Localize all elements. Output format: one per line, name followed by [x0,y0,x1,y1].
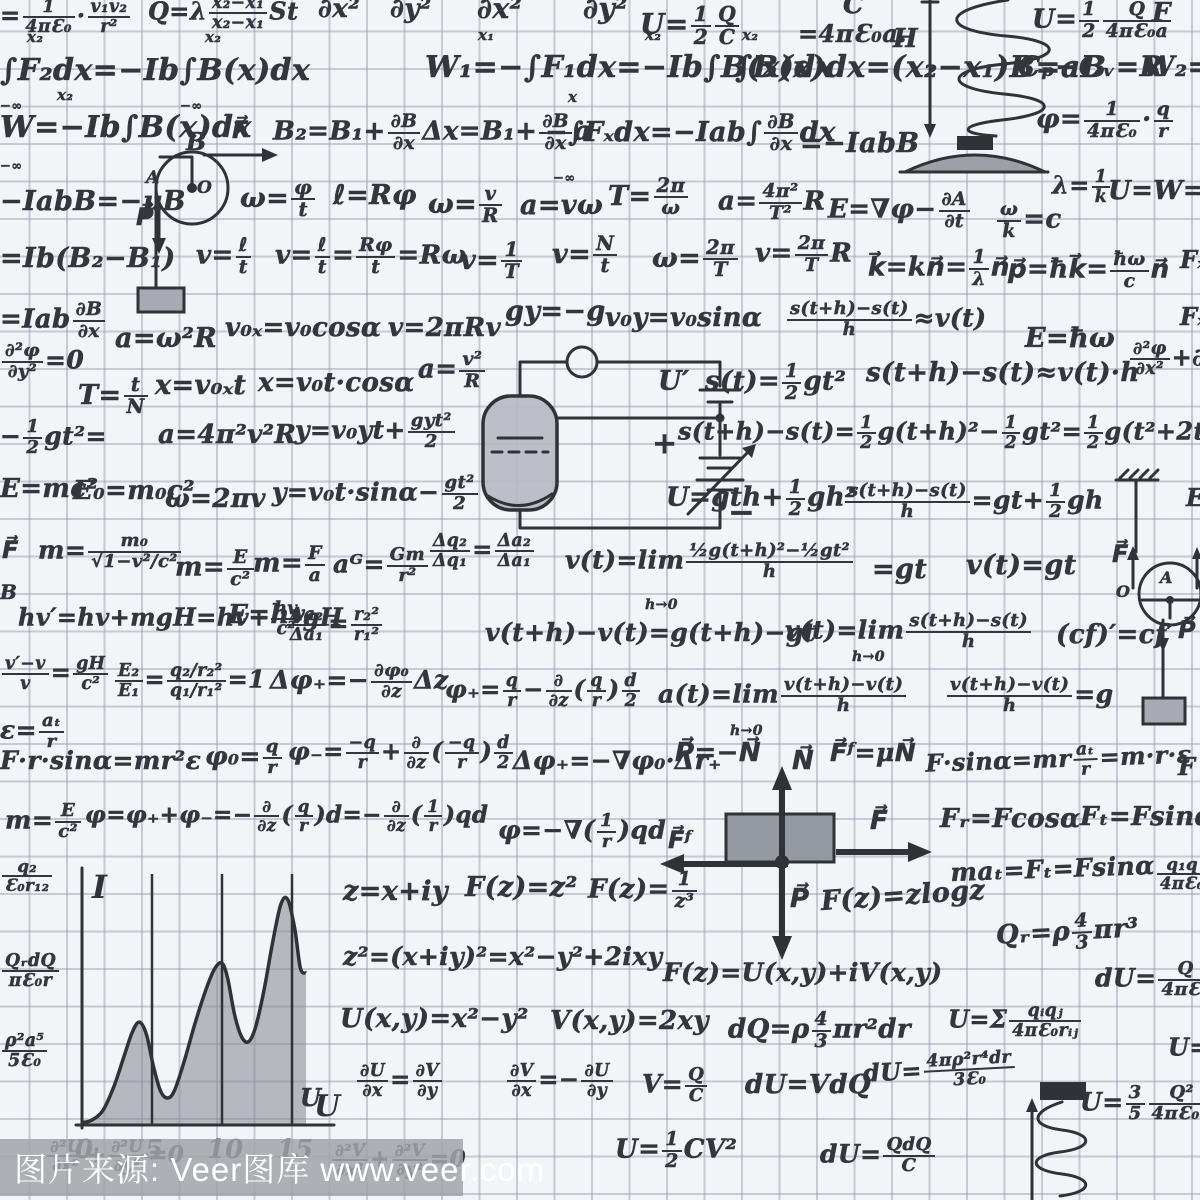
formula: B [0,582,17,603]
formula: F⃗ [870,808,888,835]
formula: v(t+h)−v(t)=g(t+h)−gt [485,620,816,646]
formula: F·r·sinα=mr²ε [0,748,201,774]
formula: Δφ₊=−∂φ₀∂zΔz [270,662,449,702]
formula: V=QC [642,1066,709,1106]
formula: ω=2πv [165,486,266,513]
formula: F⃗ᶠ [668,828,692,853]
formula: v=2πTR [755,234,852,275]
formula: dU=4πρ²r⁴dr3Ɛ₀ [862,1048,1018,1094]
formula: ∂y² [583,0,628,23]
formula: F [1178,755,1195,780]
formula: ω=vR [428,184,504,227]
formula: x₂ [645,28,661,44]
formula: ω=2πT [652,238,740,281]
formula: E=ħω [1025,325,1115,353]
formula: q₂Ɛ₀r₁₂ [0,858,54,895]
formula: U=Σqᵢqⱼ4πƐ₀rᵢⱼ [948,1002,1083,1040]
formula: (cf)′=cf′ [1056,622,1174,649]
formula: O [1116,584,1130,601]
formula: k⃗=kn⃗=1λn⃗ [868,248,1010,289]
formula: h→0 [645,598,678,613]
formula: ∂x² [318,0,360,23]
formula: gy=−g [505,298,606,326]
formula: h→0 [852,650,885,665]
formula: s(t+h)−s(t)h=gt+12gh [843,482,1104,522]
formula: φ₀=qr [205,738,284,778]
formula: A [146,170,160,188]
formula: dQ=ρ43πr²dr [728,1010,911,1051]
formula: F⃗ᶠ=μN⃗ [830,740,916,766]
formula: z=x+iy [343,878,448,906]
watermark-text: 图片来源: Veer图库 www.veer.com [0,1144,545,1191]
formula: Fₜ=Fsinα [1080,804,1200,831]
formula: x₂ [742,28,758,44]
formula: B [186,130,207,155]
formula: W₂=− [1143,52,1200,81]
formula: a=vω [520,192,603,220]
formula: m=Ec² [5,802,83,842]
formula: =gt [872,556,927,584]
formula-layer: =14πƐ₀·v₁v₂r²Q=λx₂−x₁x₂−x₁St∂x²∂y²∂x²∂y²… [0,0,1200,1200]
formula: maₜ=Fₜ=Fsinα [950,853,1155,886]
formula: −∫Fₓdx=−Iab∫∂B∂xdx [545,112,836,155]
formula: q₁q4πƐ₀ [1155,856,1200,893]
formula: dU=QdQC [820,1136,937,1176]
formula: v=1T [460,240,524,283]
formula: T=2πω [608,176,690,219]
formula: ∂V∂x=−∂U∂y [505,1062,615,1100]
formula: F(z)=U(x,y)+iV(x,y) [663,960,942,986]
formula: s(t+h)−s(t)=12g(t+h)²−12gt²=12g(t²+2th+h… [678,414,1200,452]
formula: E₂E₁=q₂/r₂²q₁/r₁²=1 [113,662,265,700]
formula: Δq₂Δq₁=Δa₂Δa₁ [428,532,536,570]
formula: a=4π²v²R [158,422,296,449]
formula: v=ℓt [196,236,253,277]
formula: m=m₀√1−v²/c² [38,532,183,572]
formula: P⃗ [790,886,809,913]
formula: s(t+h)−s(t)≈v(t)·h [866,360,1140,387]
formula: Fₓ [1180,305,1200,330]
formula: v=2πRv [388,315,501,342]
formula: B₂=B₁+∂B∂xΔx=B₁+∂B∂xa [273,112,591,153]
formula: z²=(x+iy)²=x²−y²+2ixy [343,944,662,970]
formula: v(t+h)−v(t)h=g [945,676,1114,716]
formula: =Iab∂B∂x [0,300,107,341]
formula: φ₊=qr−∂∂z(qr)d2 [445,672,642,710]
formula: dU=VdQ [745,1072,871,1099]
formula: ∂²φ∂y²=0 [0,342,84,382]
formula: H [893,26,918,53]
formula: p⃗=ħk⃗=ħωcn⃗ [1008,250,1170,291]
formula: V(x,y)=2xy [550,1008,709,1035]
formula: Δa₂Δa₁=r₂²r₁² [285,606,384,644]
formula: U=W=− [1108,178,1200,205]
formula: P⃗ [136,205,154,230]
watermark: 图片来源: Veer图库 www.veer.com [0,1139,463,1196]
formula: v(t)=gt [966,552,1076,580]
formula: A [1160,570,1173,587]
formula: Qᵣ=ρ43πr³ [995,909,1140,958]
formula: m=Fa [253,544,327,585]
formula: x₂ [205,30,221,46]
formula: h→0 [730,724,763,739]
formula: a=4π²T²R [718,182,826,223]
formula: v=Nt [552,234,619,277]
formula: O [197,180,212,198]
formula: x=v₀ₓt [155,372,246,400]
formula: y=v₀t·sinα−gt²2 [272,474,480,514]
formula: a=ω²R [115,325,217,353]
formula: ℓ=Rφ [333,182,417,210]
formula-sheet: 051015IU =14πƐ₀·v₁v₂r²Q=λx₂−x₁x₂−x₁St∂x²… [0,0,1200,1200]
formula: U=gth+12gh² [666,478,857,519]
formula: s(t)=12gt² [705,362,846,403]
formula: F⃗ [1112,542,1129,567]
formula: P⃗=−N⃗ [675,740,761,767]
formula: ω=φt [240,178,317,221]
formula: =14πƐ₀·v₁v₂r² [0,0,132,36]
formula: F⃗ [232,118,249,143]
formula: v₀y=v₀sinα [605,305,762,332]
formula: C [843,0,864,19]
formula: Q=λx₂−x₁x₂−x₁St [148,0,298,32]
formula: W=−Ib∫B(x)dx [0,112,252,143]
formula: aᴳ=Gmr² [333,546,430,586]
formula: Fₓ [1180,248,1200,273]
formula: ∂U∂x=∂V∂y [355,1062,444,1100]
formula: E [1186,486,1200,511]
formula: −∞ [0,160,23,174]
formula: U [300,1086,321,1111]
formula: P⃗ [1178,618,1196,643]
formula: m=Ec² [175,548,256,589]
formula: F⃗ [2,538,19,563]
formula: F·sinα=mraₜr=m·r·ε [925,737,1192,785]
formula: x=v₀t·cosα [258,370,415,397]
formula: φ=−∇(1r)qd [498,812,666,852]
formula: U=35Q²4πƐ₀a [1080,1084,1200,1124]
formula: U(x,y)=x²−y² [340,1006,529,1033]
formula: ∂y² [390,0,432,23]
formula: =4πƐ₀a. [798,22,907,47]
formula: a(t)=limv(t+h)−v(t)h [658,676,908,716]
formula: F(z)=1z³ [588,870,699,911]
formula: −12gt²= [0,418,107,458]
formula: T=tN [78,375,150,418]
formula: x₂ [57,88,73,104]
formula: x [568,90,577,106]
formula: y=v₀yt+gyt²2 [295,412,457,452]
formula: U=12CV² [615,1130,737,1171]
formula: v=ℓt=Rφt=Rω [275,236,467,277]
formula: φ=14πƐ₀·qr [1036,100,1175,141]
formula: U=4π15 [1168,1030,1200,1068]
formula: v(t)=lim½g(t+h)²−½gt²h [565,542,855,582]
formula: ∫F₂dx=−Ib∫B(x)dx [0,55,310,86]
formula: U′ [658,368,689,396]
formula: Cₚ−Cᵥ=R [1018,52,1163,81]
formula: x₁ [478,28,494,44]
formula: =−IabB [800,130,919,158]
formula: v₀ₓ=v₀cosα [225,315,381,342]
formula: v(t)=lims(t+h)−s(t)h [785,612,1033,652]
formula: ρ²a⁵5Ɛ₀ [0,1032,49,1070]
formula: QᵣdQπƐ₀r [0,952,61,990]
formula: dU=Q4πƐ₀ [1095,960,1200,1000]
formula: a=v²R [418,350,487,391]
formula: s(t+h)−s(t)h≈v(t) [785,300,986,340]
formula: F(z)=z² [465,874,578,902]
formula: φ=φ₊+φ₋=−∂∂z(qr)d=−∂∂z(1r)qd [85,798,488,835]
formula: x₂ [27,30,43,46]
formula: + [652,428,678,459]
formula: v′−vv=gHc² [0,655,110,693]
formula: Fᵣ=Fcosα [940,806,1080,833]
formula: E=∇φ−∂A∂t [828,190,972,231]
formula: λ=1k [1052,168,1112,206]
formula: N⃗ [792,748,814,775]
formula: ∂x² [477,0,522,23]
formula: −IabB=−μB [0,188,186,216]
formula: =Ib(B₂−B₁) [0,245,176,273]
formula: −∞ [553,172,576,186]
formula: F [1152,0,1171,27]
formula: φ₋=−qr+∂∂z(−qr)d2 [288,734,515,772]
